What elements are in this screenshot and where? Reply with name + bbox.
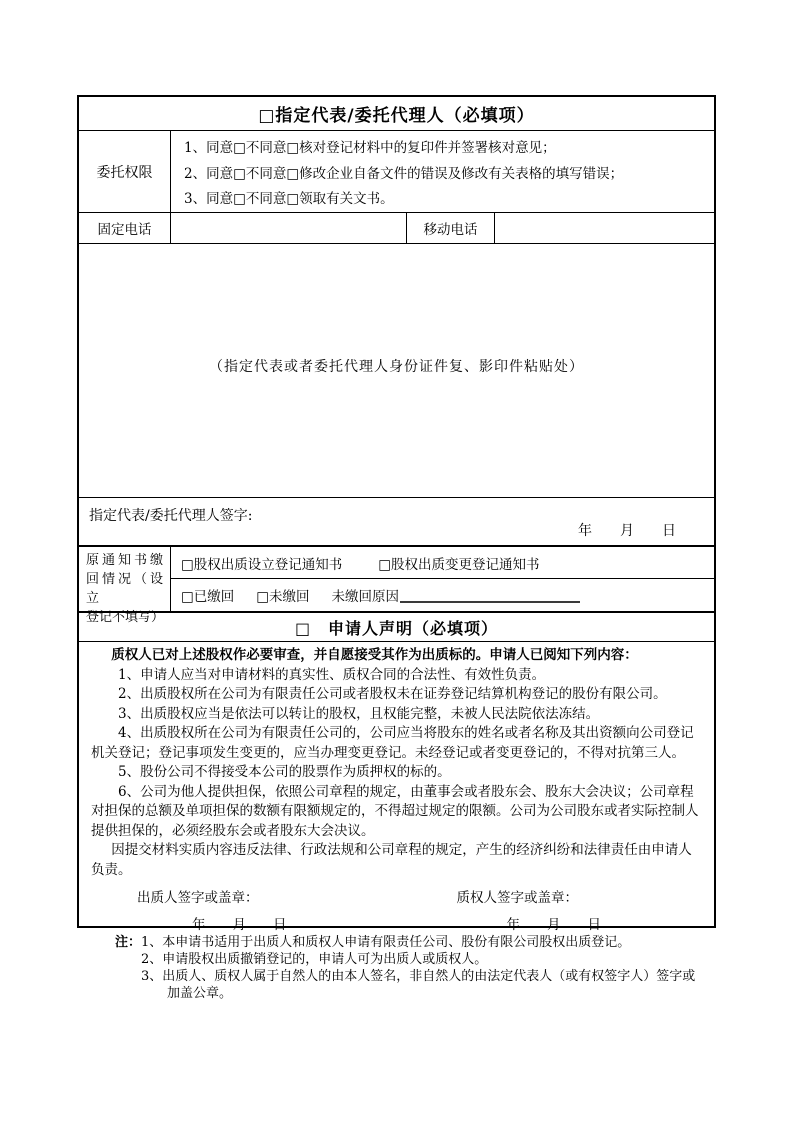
id-paste-area[interactable]: （指定代表或者委托代理人身份证件复、影印件粘贴处）	[79, 243, 714, 497]
note-item: 2、申请股权出质撤销登记的，申请人可为出质人或质权人。	[141, 951, 700, 968]
applicant-signature-row: 出质人签字或盖章： 质权人签字或盖章：	[91, 889, 702, 909]
notice-type-options: □股权出质设立登记通知书 □股权出质变更登记通知书	[171, 547, 714, 579]
section-declaration-title: □ 申请人声明（必填项）	[79, 611, 714, 641]
declaration-item: 6、公司为他人提供担保，依照公司章程的规定，由董事会或者股东会、股东大会决议；公…	[91, 783, 702, 842]
not-returned-option: □未缴回	[256, 585, 309, 605]
fixed-phone-label: 固定电话	[79, 213, 171, 243]
note-item: 1、本申请书适用于出质人和质权人申请有限责任公司、股份有限公司股权出质登记。	[141, 934, 700, 951]
auth-scope-item: 3、同意□不同意□领取有关文书。	[184, 187, 714, 207]
applicant-date-row: 年 月 日 年 月 日	[91, 916, 702, 936]
pledgee-signature-label: 质权人签字或盖章：	[397, 889, 703, 909]
note-item: 3、出质人、质权人属于自然人的由本人签名，非自然人的由法定代表人（或有权签字人）…	[141, 968, 700, 1002]
mobile-phone-label: 移动电话	[407, 213, 495, 243]
agent-signature-label: 指定代表/委托代理人签字:	[89, 505, 252, 525]
reason-fill-line[interactable]	[400, 587, 580, 603]
declaration-item: 4、出质股权所在公司为有限责任公司的，公司应当将股东的姓名或者名称及其出资额向公…	[91, 724, 702, 763]
notice-return-row: 原通知书缴 回情况（设立 登记不填写） □股权出质设立登记通知书 □股权出质变更…	[79, 545, 714, 611]
declaration-item: 3、出质股权应当是依法可以转让的股权，且权能完整，未被人民法院依法冻结。	[91, 705, 702, 725]
id-paste-hint: （指定代表或者委托代理人身份证件复、影印件粘贴处）	[209, 359, 584, 375]
pledgor-signature-label: 出质人签字或盖章：	[91, 889, 397, 909]
form-notes: 注： 1、本申请书适用于出质人和质权人申请有限责任公司、股份有限公司股权出质登记…	[115, 934, 700, 1002]
auth-scope-label: 委托权限	[79, 131, 171, 212]
reason-label: 未缴回原因	[332, 585, 400, 605]
agent-signature-date: 年 月 日	[578, 520, 676, 540]
notice-return-label: 原通知书缴 回情况（设立 登记不填写）	[79, 547, 171, 611]
declaration-closing: 因提交材料实质内容违反法律、行政法规和公司章程的规定，产生的经济纠纷和法律责任由…	[91, 841, 702, 880]
notice-return-label-line: 回情况（设立	[86, 570, 163, 608]
declaration-item: 1、申请人应当对申请材料的真实性、质权合同的合法性、有效性负责。	[91, 666, 702, 686]
application-form-table: □指定代表/委托代理人（必填项） 委托权限 1、同意□不同意□核对登记材料中的复…	[77, 95, 716, 928]
notice-return-label-line: 原通知书缴	[86, 551, 163, 570]
declaration-body: 质权人已对上述股权作必要审查，并自愿接受其作为出质标的。申请人已阅知下列内容： …	[79, 641, 714, 935]
phones-row: 固定电话 移动电话	[79, 212, 714, 243]
declaration-item: 2、出质股权所在公司为有限责任公司或者股权未在证券登记结算机构登记的股份有限公司…	[91, 685, 702, 705]
auth-scope-row: 委托权限 1、同意□不同意□核对登记材料中的复印件并签署核对意见； 2、同意□不…	[79, 130, 714, 212]
fixed-phone-field[interactable]	[171, 213, 407, 243]
notice-return-content: □股权出质设立登记通知书 □股权出质变更登记通知书 □已缴回 □未缴回 未缴回原…	[171, 547, 714, 611]
notes-label: 注：	[115, 934, 141, 951]
mobile-phone-field[interactable]	[495, 213, 714, 243]
document-page: □指定代表/委托代理人（必填项） 委托权限 1、同意□不同意□核对登记材料中的复…	[0, 0, 793, 1122]
auth-scope-item: 2、同意□不同意□修改企业自备文件的错误及修改有关表格的填写错误；	[184, 162, 714, 182]
pledgee-signature-date: 年 月 日	[397, 916, 703, 936]
section-representative-title: □指定代表/委托代理人（必填项）	[79, 97, 714, 130]
notice-option-change: □股权出质变更登记通知书	[378, 553, 539, 573]
notice-option-setup: □股权出质设立登记通知书	[181, 553, 342, 573]
declaration-item: 5、股份公司不得接受本公司的股票作为质押权的标的。	[91, 763, 702, 783]
agent-signature-row: 指定代表/委托代理人签字: 年 月 日	[79, 497, 714, 545]
notice-returned-options: □已缴回 □未缴回 未缴回原因	[171, 579, 714, 611]
pledgor-signature-date: 年 月 日	[91, 916, 397, 936]
returned-option: □已缴回	[181, 585, 234, 605]
auth-scope-item: 1、同意□不同意□核对登记材料中的复印件并签署核对意见；	[184, 136, 714, 156]
auth-scope-content: 1、同意□不同意□核对登记材料中的复印件并签署核对意见； 2、同意□不同意□修改…	[171, 131, 714, 212]
declaration-intro: 质权人已对上述股权作必要审查，并自愿接受其作为出质标的。申请人已阅知下列内容：	[91, 646, 702, 666]
notes-items: 1、本申请书适用于出质人和质权人申请有限责任公司、股份有限公司股权出质登记。 2…	[141, 934, 700, 1002]
